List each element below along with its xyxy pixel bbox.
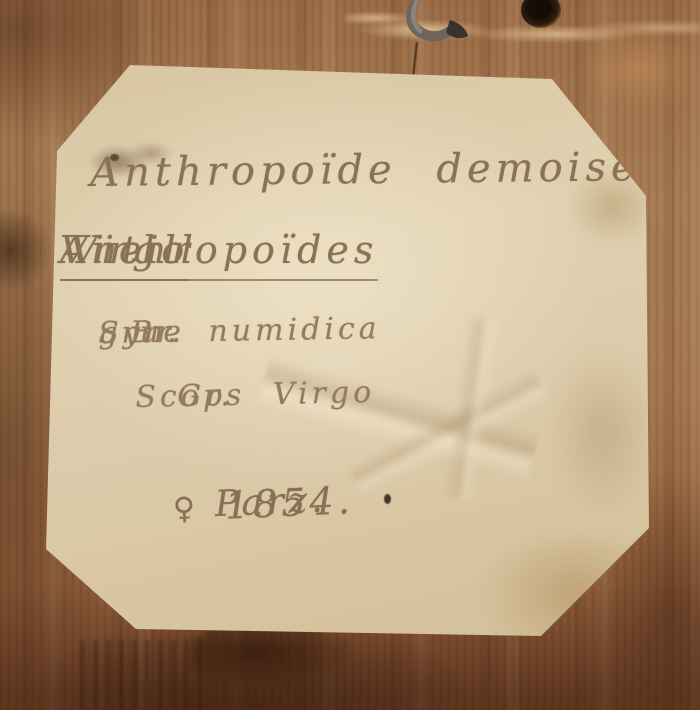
vernacular-name: Anthropoïde demoiselle [90, 144, 700, 196]
hanging-hook-icon [388, 0, 492, 56]
wood-streaks [80, 640, 210, 710]
specimen-label: Anthropoïde demoiselle Anthropoïdes Virg… [40, 58, 655, 643]
synonym-authority: Br. [130, 314, 185, 350]
paper-stain [548, 348, 658, 518]
synonym-name: Scops Virgo [135, 375, 376, 415]
authority-name: Vieill [70, 228, 198, 272]
female-symbol-icon: ♀ [172, 491, 199, 527]
wood-panel: Anthropoïde demoiselle Anthropoïdes Virg… [0, 0, 700, 710]
synonym-authority: Gr. [177, 378, 234, 414]
collection-year: 1854. [224, 478, 355, 528]
